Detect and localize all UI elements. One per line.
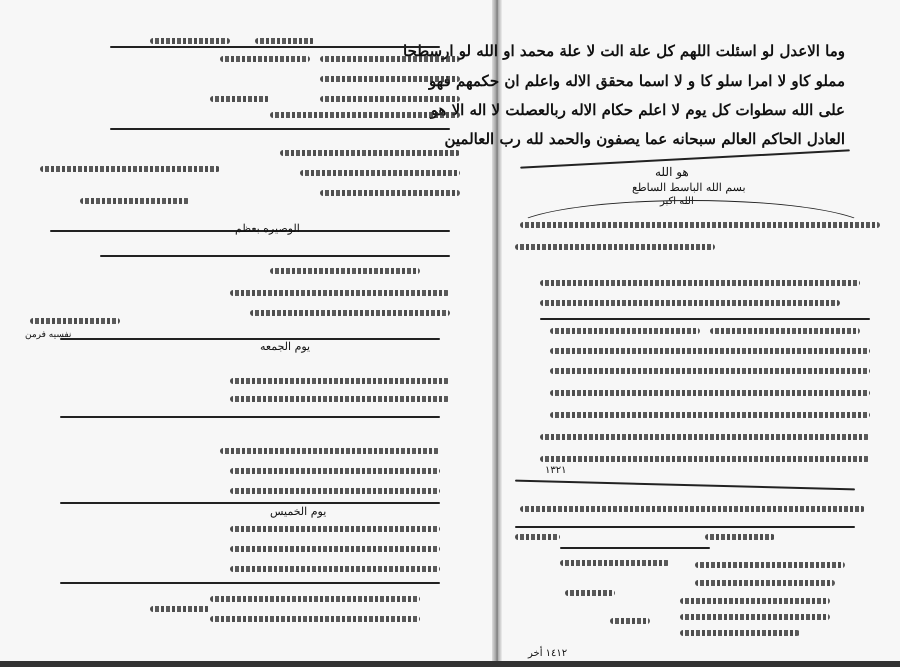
section-header-1: الوصيره بعظم [235,222,300,235]
year-note: ١٣٢١ [545,465,566,476]
invocation-line-1: هو الله [655,165,689,179]
header-line-2: مملو كاو لا امرا سلو كا و لا اسما محقق ا… [429,72,845,90]
scan-bottom-edge [0,661,900,667]
separator-arc [510,200,872,262]
header-line-1: وما الاعدل لو اسئلت اللهم كل علة الت لا … [403,42,845,60]
invocation-line-2: بسم الله الباسط الساطع [632,181,746,194]
margin-note: نفسیه فرمن [25,330,71,340]
section-header-3: يوم الخميس [270,505,326,518]
header-line-4: العادل الحاكم العالم سبحانه عما يصفون وا… [444,130,845,148]
footer-note: ١٤١٢ أخر [528,648,567,659]
header-line-3: على الله سطوات كل يوم لا اعلم حكام الاله… [431,101,845,119]
section-header-2: يوم الجمعه [260,340,310,353]
